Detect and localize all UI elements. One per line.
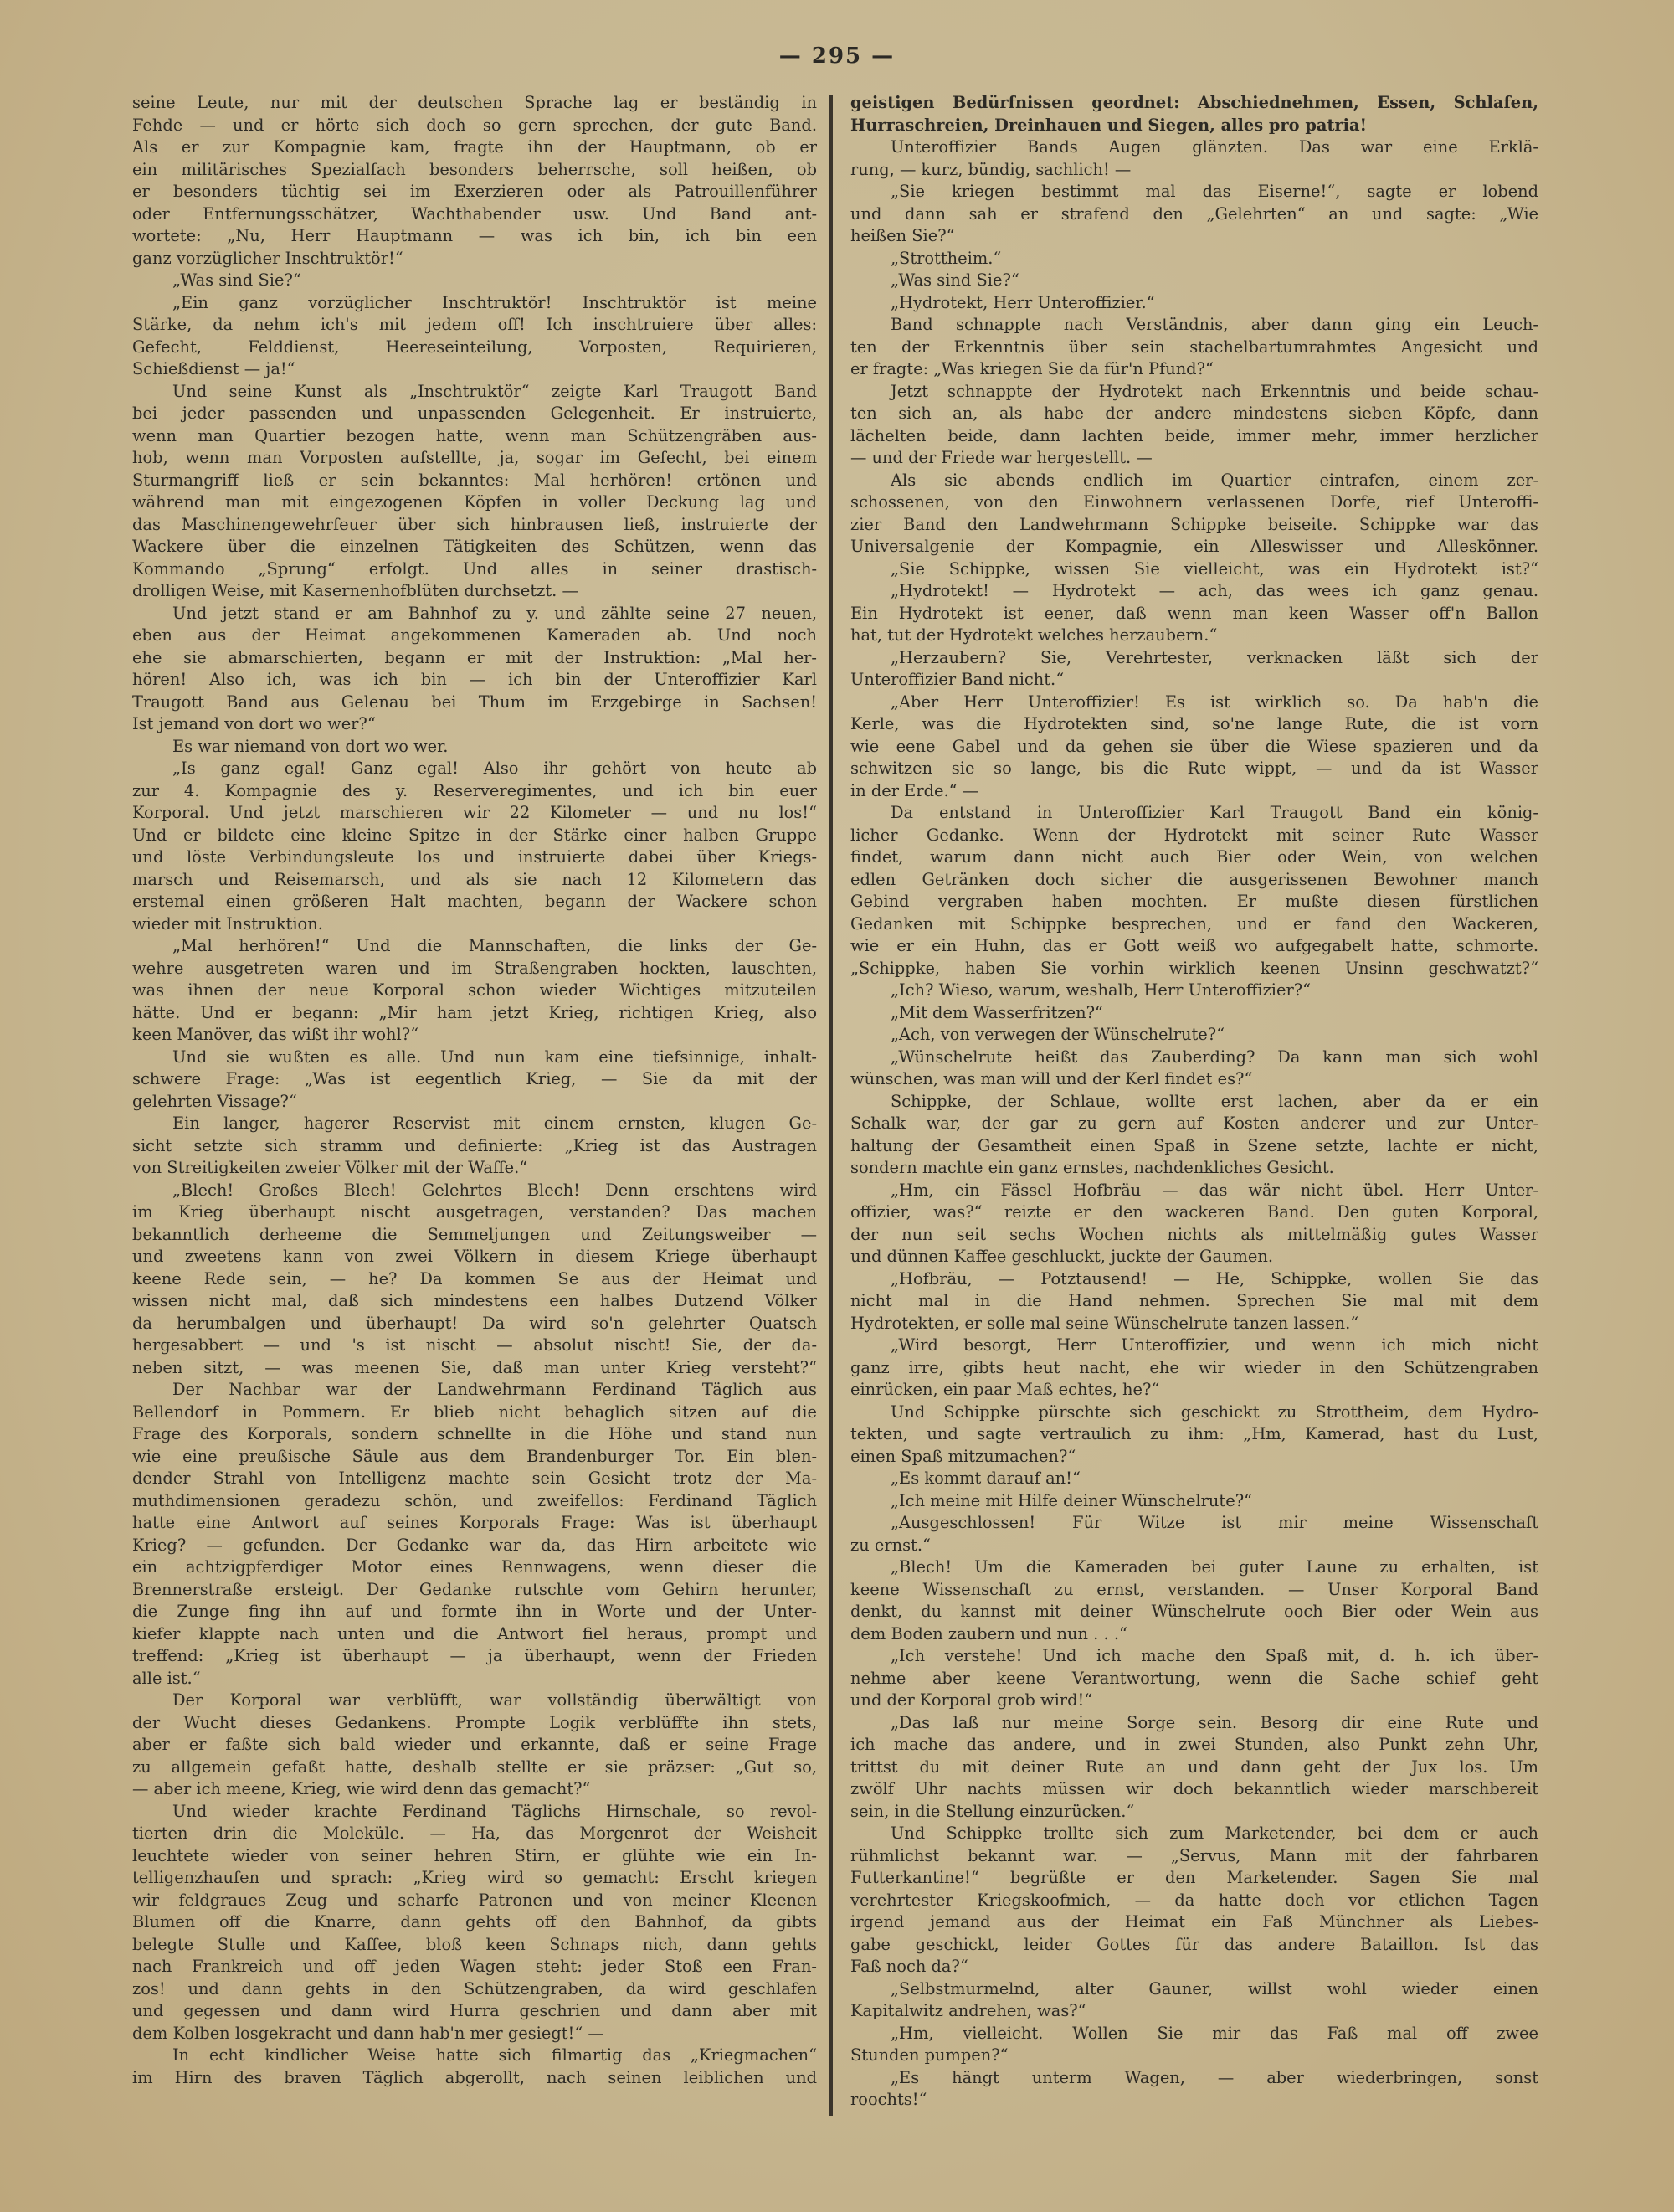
text-line: Und jetzt stand er am Bahnhof zu y. und … — [132, 603, 817, 625]
text-line: offizier, was?“ reizte er den wackeren B… — [850, 1201, 1538, 1224]
text-line: Gefecht, Felddienst, Heereseinteilung, V… — [132, 337, 817, 359]
text-line: wenn man Quartier bezogen hatte, wenn ma… — [132, 425, 817, 448]
text-line: wie eene Gabel und da gehen sie über die… — [850, 736, 1538, 759]
text-line: ein achtzigpferdiger Motor eines Rennwag… — [132, 1556, 817, 1579]
text-line: bekanntlich derheeme die Semmeljungen un… — [132, 1224, 817, 1247]
text-line: und dünnen Kaffee geschluckt, juckte der… — [850, 1246, 1538, 1268]
text-line: eben aus der Heimat angekommenen Kamerad… — [132, 625, 817, 647]
text-line: „Ein ganz vorzüglicher Inschtruktör! Ins… — [132, 292, 817, 315]
text-line: tierten drin die Moleküle. — Ha, das Mor… — [132, 1823, 817, 1845]
text-line: Und er bildete eine kleine Spitze in der… — [132, 825, 817, 847]
text-line: ich mache das andere, und in zwei Stunde… — [850, 1734, 1538, 1757]
text-line: marsch und Reisemarsch, und als sie nach… — [132, 869, 817, 892]
text-line: ten der Erkenntnis über sein stachelbart… — [850, 337, 1538, 359]
text-line: wieder mit Instruktion. — [132, 913, 817, 936]
text-line: Futterkantine!“ begrüßte er den Marketen… — [850, 1867, 1538, 1890]
text-line: „Es kommt darauf an!“ — [850, 1468, 1538, 1490]
text-line: heißen Sie?“ — [850, 225, 1538, 248]
text-line: hergesabbert — und 's ist nischt — absol… — [132, 1335, 817, 1357]
text-line: dender Strahl von Intelligenz machte sei… — [132, 1468, 817, 1490]
text-line: edlen Getränken doch sicher die ausgeris… — [850, 869, 1538, 892]
text-line: sein, in die Stellung einzurücken.“ — [850, 1801, 1538, 1824]
text-line: seine Leute, nur mit der deutschen Sprac… — [132, 92, 817, 115]
text-line: Schippke, der Schlaue, wollte erst lache… — [850, 1091, 1538, 1114]
text-line: „Schippke, haben Sie vorhin wirklich kee… — [850, 958, 1538, 980]
text-line: zu ernst.“ — [850, 1535, 1538, 1557]
left-column: seine Leute, nur mit der deutschen Sprac… — [132, 92, 817, 2089]
text-line: während man mit eingezogenen Köpfen in v… — [132, 491, 817, 514]
text-line: „Hm, ein Fässel Hofbräu — das wär nicht … — [850, 1180, 1538, 1202]
text-line: zu allgemein gefaßt hatte, deshalb stell… — [132, 1757, 817, 1779]
text-line: was ihnen der neue Korporal schon wieder… — [132, 980, 817, 1002]
text-line: neben sitzt, — was meenen Sie, daß man u… — [132, 1357, 817, 1380]
text-line: „Herzaubern? Sie, Verehrtester, verknack… — [850, 647, 1538, 670]
text-line: Ein Hydrotekt ist eener, daß wenn man ke… — [850, 603, 1538, 625]
text-line: Unteroffizier Bands Augen glänzten. Das … — [850, 136, 1538, 159]
text-line: nehme aber keene Verantwortung, wenn die… — [850, 1668, 1538, 1690]
text-line: tekten, und sagte vertraulich zu ihm: „H… — [850, 1423, 1538, 1446]
text-line: nach Frankreich und off jeden Wagen steh… — [132, 1956, 817, 1978]
text-line: Und Schippke pürschte sich geschickt zu … — [850, 1402, 1538, 1424]
text-line: „Blech! Großes Blech! Gelehrtes Blech! D… — [132, 1180, 817, 1202]
text-line: „Aber Herr Unteroffizier! Es ist wirklic… — [850, 692, 1538, 714]
text-line: Und Schippke trollte sich zum Marketende… — [850, 1823, 1538, 1845]
text-line: wir feldgraues Zeug und scharfe Patronen… — [132, 1890, 817, 1912]
text-line: „Is ganz egal! Ganz egal! Also ihr gehör… — [132, 758, 817, 780]
text-line: Fehde — und er hörte sich doch so gern s… — [132, 115, 817, 137]
text-line: Sturmangriff ließ er sein bekanntes: Mal… — [132, 470, 817, 492]
text-line: zier Band den Landwehrmann Schippke beis… — [850, 514, 1538, 537]
text-line: findet, warum dann nicht auch Bier oder … — [850, 846, 1538, 869]
text-line: hätte. Und er begann: „Mir ham jetzt Kri… — [132, 1002, 817, 1025]
text-line: Da entstand in Unteroffizier Karl Traugo… — [850, 802, 1538, 825]
text-line: ehe sie abmarschierten, begann er mit de… — [132, 647, 817, 670]
text-line: Und wieder krachte Ferdinand Täglichs Hi… — [132, 1801, 817, 1824]
text-line: Und seine Kunst als „Inschtruktör“ zeigt… — [132, 381, 817, 404]
text-line: Kerle, was die Hydrotekten sind, so'ne l… — [850, 713, 1538, 736]
text-line: irgend jemand aus der Heimat ein Faß Mün… — [850, 1911, 1538, 1934]
text-line: Stärke, da nehm ich's mit jedem off! Ich… — [132, 314, 817, 337]
text-line: in der Erde.“ — — [850, 780, 1538, 803]
text-line: wortete: „Nu, Herr Hauptmann — was ich b… — [132, 225, 817, 248]
text-line: zwölf Uhr nachts müssen wir doch bekannt… — [850, 1778, 1538, 1801]
text-line: sicht setzte sich stramm und definierte:… — [132, 1135, 817, 1158]
text-line: „Blech! Um die Kameraden bei guter Laune… — [850, 1556, 1538, 1579]
text-line: wissen nicht mal, daß sich mindestens ee… — [132, 1290, 817, 1313]
text-line: drolligen Weise, mit Kasernenhofblüten d… — [132, 580, 817, 603]
text-line: „Was sind Sie?“ — [850, 270, 1538, 292]
text-line: wünschen, was man will und der Kerl find… — [850, 1068, 1538, 1091]
text-line: und der Korporal grob wird!“ — [850, 1690, 1538, 1712]
text-line: Kapitalwitz andrehen, was?“ — [850, 2000, 1538, 2023]
text-line: roochts!“ — [850, 2089, 1538, 2112]
text-line: einrücken, ein paar Maß echtes, he?“ — [850, 1379, 1538, 1402]
text-line: im Krieg überhaupt nischt ausgetragen, v… — [132, 1201, 817, 1224]
text-line: haltung der Gesamtheit einen Spaß in Sze… — [850, 1135, 1538, 1158]
text-line: Jetzt schnappte der Hydrotekt nach Erken… — [850, 381, 1538, 404]
text-line: belegte Stulle und Kaffee, bloß keen Sch… — [132, 1934, 817, 1957]
text-line: wehre ausgetreten waren und im Straßengr… — [132, 958, 817, 980]
text-line: oder Entfernungsschätzer, Wachthabender … — [132, 203, 817, 226]
text-line: „Selbstmurmelnd, alter Gauner, willst wo… — [850, 1978, 1538, 2001]
text-line: von Streitigkeiten zweier Völker mit der… — [132, 1157, 817, 1180]
right-column: geistigen Bedürfnissen geordnet: Abschie… — [850, 92, 1538, 2112]
text-line: Traugott Band aus Gelenau bei Thum im Er… — [132, 692, 817, 714]
text-line: wie eine preußische Säule aus dem Brande… — [132, 1446, 817, 1469]
text-line: ten sich an, als habe der andere mindest… — [850, 403, 1538, 425]
text-line: „Das laß nur meine Sorge sein. Besorg di… — [850, 1712, 1538, 1735]
text-line: im Hirn des braven Täglich abgerollt, na… — [132, 2067, 817, 2090]
text-line: schwitzen sie so lange, bis die Rute wip… — [850, 758, 1538, 780]
text-line: „Hydrotekt, Herr Unteroffizier.“ — [850, 292, 1538, 315]
text-line: alle ist.“ — [132, 1668, 817, 1690]
text-line: telligenzhaufen und sprach: „Krieg wird … — [132, 1867, 817, 1890]
text-line: Korporal. Und jetzt marschieren wir 22 K… — [132, 802, 817, 825]
text-line: geistigen Bedürfnissen geordnet: Abschie… — [850, 92, 1538, 115]
text-line: rung, — kurz, bündig, sachlich! — — [850, 159, 1538, 182]
text-line: Als er zur Kompagnie kam, fragte ihn der… — [132, 136, 817, 159]
text-line: „Es hängt unterm Wagen, — aber wiederbri… — [850, 2067, 1538, 2090]
text-line: keene Rede sein, — he? Da kommen Se aus … — [132, 1268, 817, 1291]
text-line: lächelten beide, dann lachten beide, imm… — [850, 425, 1538, 448]
text-line: dem Kolben losgekracht und dann hab'n me… — [132, 2023, 817, 2045]
text-line: Als sie abends endlich im Quartier eintr… — [850, 470, 1538, 492]
text-line: Es war niemand von dort wo wer. — [132, 736, 817, 759]
text-line: Ist jemand von dort wo wer?“ — [132, 713, 817, 736]
text-line: „Hydrotekt! — Hydrotekt — ach, das wees … — [850, 580, 1538, 603]
text-line: treffend: „Krieg ist überhaupt — ja über… — [132, 1645, 817, 1668]
text-line: ganz vorzüglicher Inschtruktör!“ — [132, 248, 817, 270]
text-line: einen Spaß mitzumachen?“ — [850, 1446, 1538, 1469]
text-line: muthdimensionen geradezu schön, und zwei… — [132, 1490, 817, 1513]
text-line: er besonders tüchtig sei im Exerzieren o… — [132, 181, 817, 203]
text-line: hat, tut der Hydrotekt welches herzauber… — [850, 625, 1538, 647]
text-line: und gegessen und dann wird Hurra geschri… — [132, 2000, 817, 2023]
text-line: und löste Verbindungsleute los und instr… — [132, 846, 817, 869]
text-line: Ein langer, hagerer Reservist mit einem … — [132, 1113, 817, 1135]
text-line: „Hofbräu, — Potztausend! — He, Schippke,… — [850, 1268, 1538, 1291]
text-line: Der Nachbar war der Landwehrmann Ferdina… — [132, 1379, 817, 1402]
text-line: „Ich verstehe! Und ich mache den Spaß mi… — [850, 1645, 1538, 1668]
text-line: ein militärisches Spezialfach besonders … — [132, 159, 817, 182]
text-line: Und sie wußten es alle. Und nun kam eine… — [132, 1047, 817, 1069]
text-line: da herumbalgen und überhaupt! Da wird so… — [132, 1313, 817, 1335]
text-line: „Sie Schippke, wissen Sie vielleicht, wa… — [850, 558, 1538, 581]
text-line: Kommando „Sprung“ erfolgt. Und alles in … — [132, 558, 817, 581]
text-line: „Ausgeschlossen! Für Witze ist mir meine… — [850, 1512, 1538, 1535]
text-line: die Zunge fing ihn auf und formte ihn in… — [132, 1601, 817, 1623]
text-line: Der Korporal war verblüfft, war vollstän… — [132, 1690, 817, 1712]
text-line: „Hm, vielleicht. Wollen Sie mir das Faß … — [850, 2023, 1538, 2045]
text-line: Schießdienst — ja!“ — [132, 358, 817, 381]
text-line: — und der Friede war hergestellt. — — [850, 447, 1538, 470]
text-line: keene Wissenschaft zu ernst, verstanden.… — [850, 1579, 1538, 1602]
text-line: aber er faßte sich bald wieder und erkan… — [132, 1734, 817, 1757]
text-line: Faß noch da?“ — [850, 1956, 1538, 1978]
text-line: „Mit dem Wasserfritzen?“ — [850, 1002, 1538, 1025]
text-line: „Ich? Wieso, warum, weshalb, Herr Untero… — [850, 980, 1538, 1002]
text-line: „Ach, von verwegen der Wünschelrute?“ — [850, 1024, 1538, 1047]
text-line: „Mal herhören!“ Und die Mannschaften, di… — [132, 935, 817, 958]
text-line: Stunden pumpen?“ — [850, 2045, 1538, 2067]
text-line: und dann sah er strafend den „Gelehrten“… — [850, 203, 1538, 226]
text-line: zos! und dann gehts in den Schützengrabe… — [132, 1978, 817, 2001]
text-line: hatte eine Antwort auf seines Korporals … — [132, 1512, 817, 1535]
text-line: dem Boden zaubern und nun . . .“ — [850, 1623, 1538, 1646]
text-line: Universalgenie der Kompagnie, ein Allesw… — [850, 536, 1538, 558]
text-line: gelehrten Vissage?“ — [132, 1091, 817, 1114]
text-line: trittst du mit deiner Rute an und dann g… — [850, 1757, 1538, 1779]
text-line: Unteroffizier Band nicht.“ — [850, 669, 1538, 692]
text-line: denkt, du kannst mit deiner Wünschelrute… — [850, 1601, 1538, 1623]
text-line: bei jeder passenden und unpassenden Gele… — [132, 403, 817, 425]
text-line: Krieg? — gefunden. Der Gedanke war da, d… — [132, 1535, 817, 1557]
text-line: er fragte: „Was kriegen Sie da für'n Pfu… — [850, 358, 1538, 381]
text-line: licher Gedanke. Wenn der Hydrotekt mit s… — [850, 825, 1538, 847]
text-line: — aber ich meene, Krieg, wie wird denn d… — [132, 1778, 817, 1801]
text-line: leuchtete wieder von seiner hehren Stirn… — [132, 1845, 817, 1868]
text-line: „Ich meine mit Hilfe deiner Wünschelrute… — [850, 1490, 1538, 1513]
text-line: Brennerstraße ersteigt. Der Gedanke ruts… — [132, 1579, 817, 1602]
text-line: Wackere über die einzelnen Tätigkeiten d… — [132, 536, 817, 558]
text-line: Schalk war, der gar zu gern auf Kosten a… — [850, 1113, 1538, 1135]
text-line: der nun seit sechs Wochen nichts als mit… — [850, 1224, 1538, 1247]
text-line: „Strottheim.“ — [850, 248, 1538, 270]
text-line: rühmlichst bekannt war. — „Servus, Mann … — [850, 1845, 1538, 1868]
text-line: das Maschinengewehrfeuer über sich hinbr… — [132, 514, 817, 537]
text-line: gabe geschickt, leider Gottes für das an… — [850, 1934, 1538, 1957]
text-line: Bellendorf in Pommern. Er blieb nicht be… — [132, 1402, 817, 1424]
text-line: und zweetens kann von zwei Völkern in di… — [132, 1246, 817, 1268]
text-line: verehrtester Kriegskoofmich, — da hatte … — [850, 1890, 1538, 1912]
text-line: schossenen, von den Einwohnern verlassen… — [850, 491, 1538, 514]
text-line: Gebind vergraben haben mochten. Er mußte… — [850, 891, 1538, 913]
text-line: „Wünschelrute heißt das Zauberding? Da k… — [850, 1047, 1538, 1069]
text-line: der Wucht dieses Gedankens. Prompte Logi… — [132, 1712, 817, 1735]
text-line: „Was sind Sie?“ — [132, 270, 817, 292]
text-line: keen Manöver, das wißt ihr wohl?“ — [132, 1024, 817, 1047]
text-line: Hurraschreien, Dreinhauen und Siegen, al… — [850, 115, 1538, 137]
text-line: Frage des Korporals, sondern schnellte i… — [132, 1423, 817, 1446]
text-line: Gedanken mit Schippke besprechen, und er… — [850, 913, 1538, 936]
text-line: ganz irre, gibts heut nacht, ehe wir wie… — [850, 1357, 1538, 1380]
text-line: schwere Frage: „Was ist eegentlich Krieg… — [132, 1068, 817, 1091]
text-line: kiefer klappte nach unten und die Antwor… — [132, 1623, 817, 1646]
column-divider — [829, 95, 833, 2116]
text-line: In echt kindlicher Weise hatte sich film… — [132, 2045, 817, 2067]
text-line: hob, wenn man Vorposten aufstellte, ja, … — [132, 447, 817, 470]
text-line: erstemal einen größeren Halt machten, be… — [132, 891, 817, 913]
text-line: Band schnappte nach Verständnis, aber da… — [850, 314, 1538, 337]
text-line: Hydrotekten, er solle mal seine Wünschel… — [850, 1313, 1538, 1335]
text-line: hören! Also ich, was ich bin — ich bin d… — [132, 669, 817, 692]
text-line: zur 4. Kompagnie des y. Reserveregimente… — [132, 780, 817, 803]
text-line: Blumen off die Knarre, dann gehts off de… — [132, 1911, 817, 1934]
text-line: „Wird besorgt, Herr Unteroffizier, und w… — [850, 1335, 1538, 1357]
text-line: nicht mal in die Hand nehmen. Sprechen S… — [850, 1290, 1538, 1313]
text-line: wie er ein Huhn, das er Gott weiß wo auf… — [850, 935, 1538, 958]
text-line: sondern machte ein ganz ernstes, nachden… — [850, 1157, 1538, 1180]
text-line: „Sie kriegen bestimmt mal das Eiserne!“,… — [850, 181, 1538, 203]
page-number: — 295 — — [0, 44, 1674, 69]
